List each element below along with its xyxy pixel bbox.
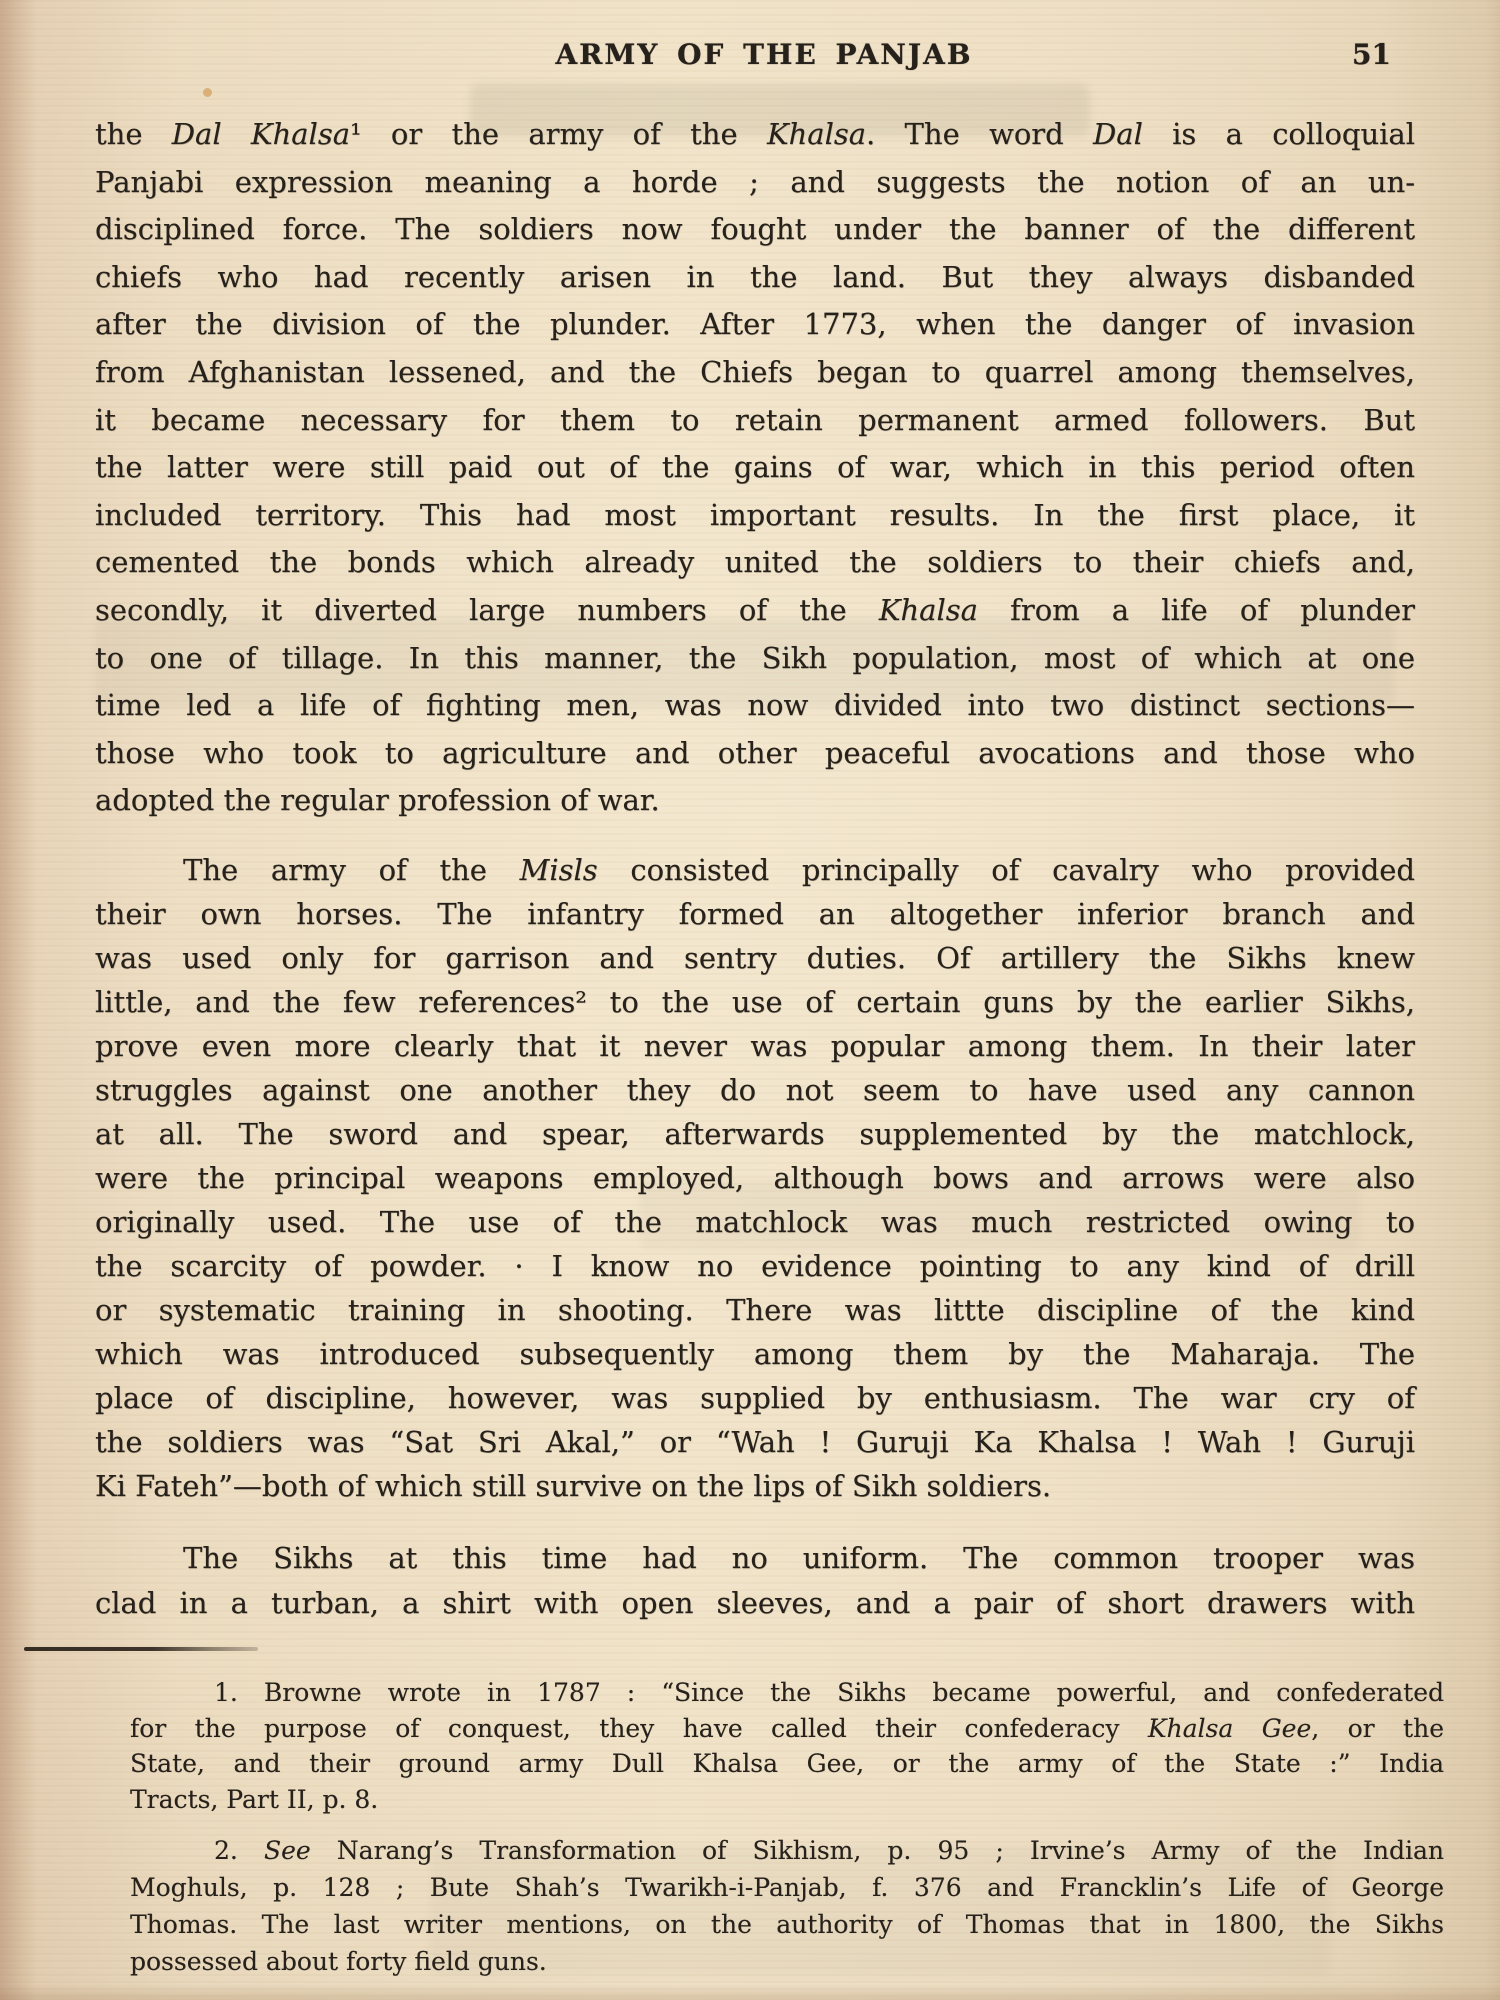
text-line: disciplined force. The soldiers now foug…	[95, 206, 1415, 254]
text-line: Thomas. The last writer mentions, on the…	[130, 1906, 1444, 1943]
text-line: Ki Fateh”—both of which still survive on…	[95, 1464, 1415, 1508]
text-line: or systematic training in shooting. Ther…	[95, 1288, 1415, 1332]
text-line: those who took to agriculture and other …	[95, 730, 1415, 778]
text-line: Moghuls, p. 128 ; Bute Shah’s Twarikh-i-…	[130, 1869, 1444, 1906]
text-line: prove even more clearly that it never wa…	[95, 1024, 1415, 1068]
text-line: to one of tillage. In this manner, the S…	[95, 635, 1415, 683]
text-line: the latter were still paid out of the ga…	[95, 444, 1415, 492]
footnote-2: 2. See Narang’s Transformation of Sikhis…	[130, 1832, 1444, 1980]
paper-speck	[203, 88, 212, 97]
text-line: State, and their ground army Dull Khalsa…	[130, 1746, 1444, 1782]
text-line: originally used. The use of the matchloc…	[95, 1200, 1415, 1244]
text-line: it became necessary for them to retain p…	[95, 397, 1415, 445]
page-number: 51	[1352, 38, 1391, 71]
page-bottom-shadow	[0, 1984, 1500, 2000]
running-header-title: ARMY OF THE PANJAB	[0, 38, 1500, 71]
paragraph-1: the Dal Khalsa¹ or the army of the Khals…	[95, 111, 1415, 825]
text-line: The Sikhs at this time had no uniform. T…	[95, 1536, 1415, 1581]
text-line: clad in a turban, a shirt with open slee…	[95, 1581, 1415, 1626]
text-line: adopted the regular profession of war.	[95, 777, 1415, 825]
text-line: cemented the bonds which already united …	[95, 539, 1415, 587]
text-line: 2. See Narang’s Transformation of Sikhis…	[130, 1832, 1444, 1869]
text-line: possessed about forty field guns.	[130, 1943, 1444, 1980]
text-line: 1. Browne wrote in 1787 : “Since the Sik…	[130, 1675, 1444, 1711]
footnote-1: 1. Browne wrote in 1787 : “Since the Sik…	[130, 1675, 1444, 1817]
footnote-divider-rule	[24, 1647, 258, 1651]
text-line: their own horses. The infantry formed an…	[95, 892, 1415, 936]
text-line: included territory. This had most import…	[95, 492, 1415, 540]
text-line: the Dal Khalsa¹ or the army of the Khals…	[95, 111, 1415, 159]
text-line: for the purpose of conquest, they have c…	[130, 1711, 1444, 1747]
text-line: the soldiers was “Sat Sri Akal,” or “Wah…	[95, 1420, 1415, 1464]
text-line: The army of the Misls consisted principa…	[95, 848, 1415, 892]
text-line: were the principal weapons employed, alt…	[95, 1156, 1415, 1200]
text-line: chiefs who had recently arisen in the la…	[95, 254, 1415, 302]
paragraph-2: The army of the Misls consisted principa…	[95, 848, 1415, 1508]
text-line: after the division of the plunder. After…	[95, 301, 1415, 349]
text-line: secondly, it diverted large numbers of t…	[95, 587, 1415, 635]
text-line: Panjabi expression meaning a horde ; and…	[95, 159, 1415, 207]
paragraph-3: The Sikhs at this time had no uniform. T…	[95, 1536, 1415, 1625]
text-line: little, and the few references² to the u…	[95, 980, 1415, 1024]
scanned-book-page: { "document": { "header": { "title": "AR…	[0, 0, 1500, 2000]
text-line: Tracts, Part II, p. 8.	[130, 1782, 1444, 1818]
binding-edge-shadow	[0, 0, 36, 2000]
text-line: at all. The sword and spear, afterwards …	[95, 1112, 1415, 1156]
text-line: place of discipline, however, was suppli…	[95, 1376, 1415, 1420]
text-line: struggles against one another they do no…	[95, 1068, 1415, 1112]
text-line: the scarcity of powder. · I know no evid…	[95, 1244, 1415, 1288]
text-line: time led a life of fighting men, was now…	[95, 682, 1415, 730]
text-line: which was introduced subsequently among …	[95, 1332, 1415, 1376]
text-line: from Afghanistan lessened, and the Chief…	[95, 349, 1415, 397]
text-line: was used only for garrison and sentry du…	[95, 936, 1415, 980]
